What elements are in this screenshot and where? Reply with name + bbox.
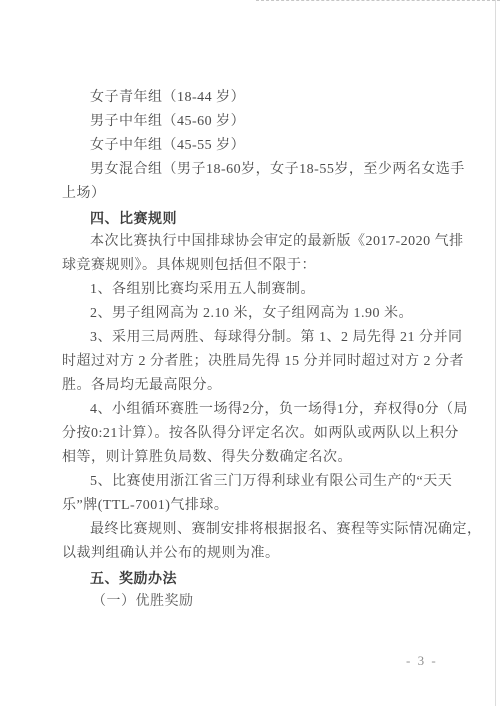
age-group-line: 女子青年组（18-44 岁）: [62, 86, 442, 110]
document-body: 女子青年组（18-44 岁） 男子中年组（45-60 岁） 女子中年组（45-5…: [62, 86, 442, 614]
page-number: - 3 -: [406, 652, 438, 670]
subsection-heading-winner-awards: （一）优胜奖励: [62, 590, 442, 614]
rule-item-3: 3、采用三局两胜、每球得分制。第 1、2 局先得 21 分并同: [62, 326, 442, 350]
scan-artifact-top-line: [256, 0, 500, 1]
rule-item-1: 1、各组别比赛均采用五人制赛制。: [62, 278, 442, 302]
age-group-line-continuation: 上场）: [62, 182, 442, 206]
rule-item-4: 4、小组循环赛胜一场得2分，负一场得1分，弃权得0分（局: [62, 398, 442, 422]
scanned-page: 女子青年组（18-44 岁） 男子中年组（45-60 岁） 女子中年组（45-5…: [0, 0, 500, 706]
age-group-line: 女子中年组（45-55 岁）: [62, 134, 442, 158]
body-line: 以裁判组确认并公布的规则为准。: [62, 542, 442, 566]
body-line: 乐”牌(TTL-7001)气排球。: [62, 494, 442, 518]
body-line: 球竞赛规则》。具体规则包括但不限于：: [62, 254, 442, 278]
body-line: 分按0:21计算）。按各队得分评定名次。如两队或两队以上积分: [62, 422, 442, 446]
rule-item-5: 5、比赛使用浙江省三门万得利球业有限公司生产的“天天: [62, 470, 442, 494]
body-line: 本次比赛执行中国排球协会审定的最新版《2017-2020 气排: [62, 230, 442, 254]
section-heading-awards: 五、奖励办法: [62, 566, 442, 590]
body-line: 最终比赛规则、赛制安排将根据报名、赛程等实际情况确定，: [62, 518, 442, 542]
section-heading-rules: 四、比赛规则: [62, 206, 442, 230]
rule-item-2: 2、男子组网高为 2.10 米，女子组网高为 1.90 米。: [62, 302, 442, 326]
body-line: 胜。各局均无最高限分。: [62, 374, 442, 398]
scan-artifact-right-line: [495, 0, 496, 706]
body-line: 时超过对方 2 分者胜；决胜局先得 15 分并同时超过对方 2 分者: [62, 350, 442, 374]
age-group-line: 男女混合组（男子18-60岁，女子18-55岁，至少两名女选手: [62, 158, 442, 182]
body-line: 相等，则计算胜负局数、得失分数确定名次。: [62, 446, 442, 470]
age-group-line: 男子中年组（45-60 岁）: [62, 110, 442, 134]
